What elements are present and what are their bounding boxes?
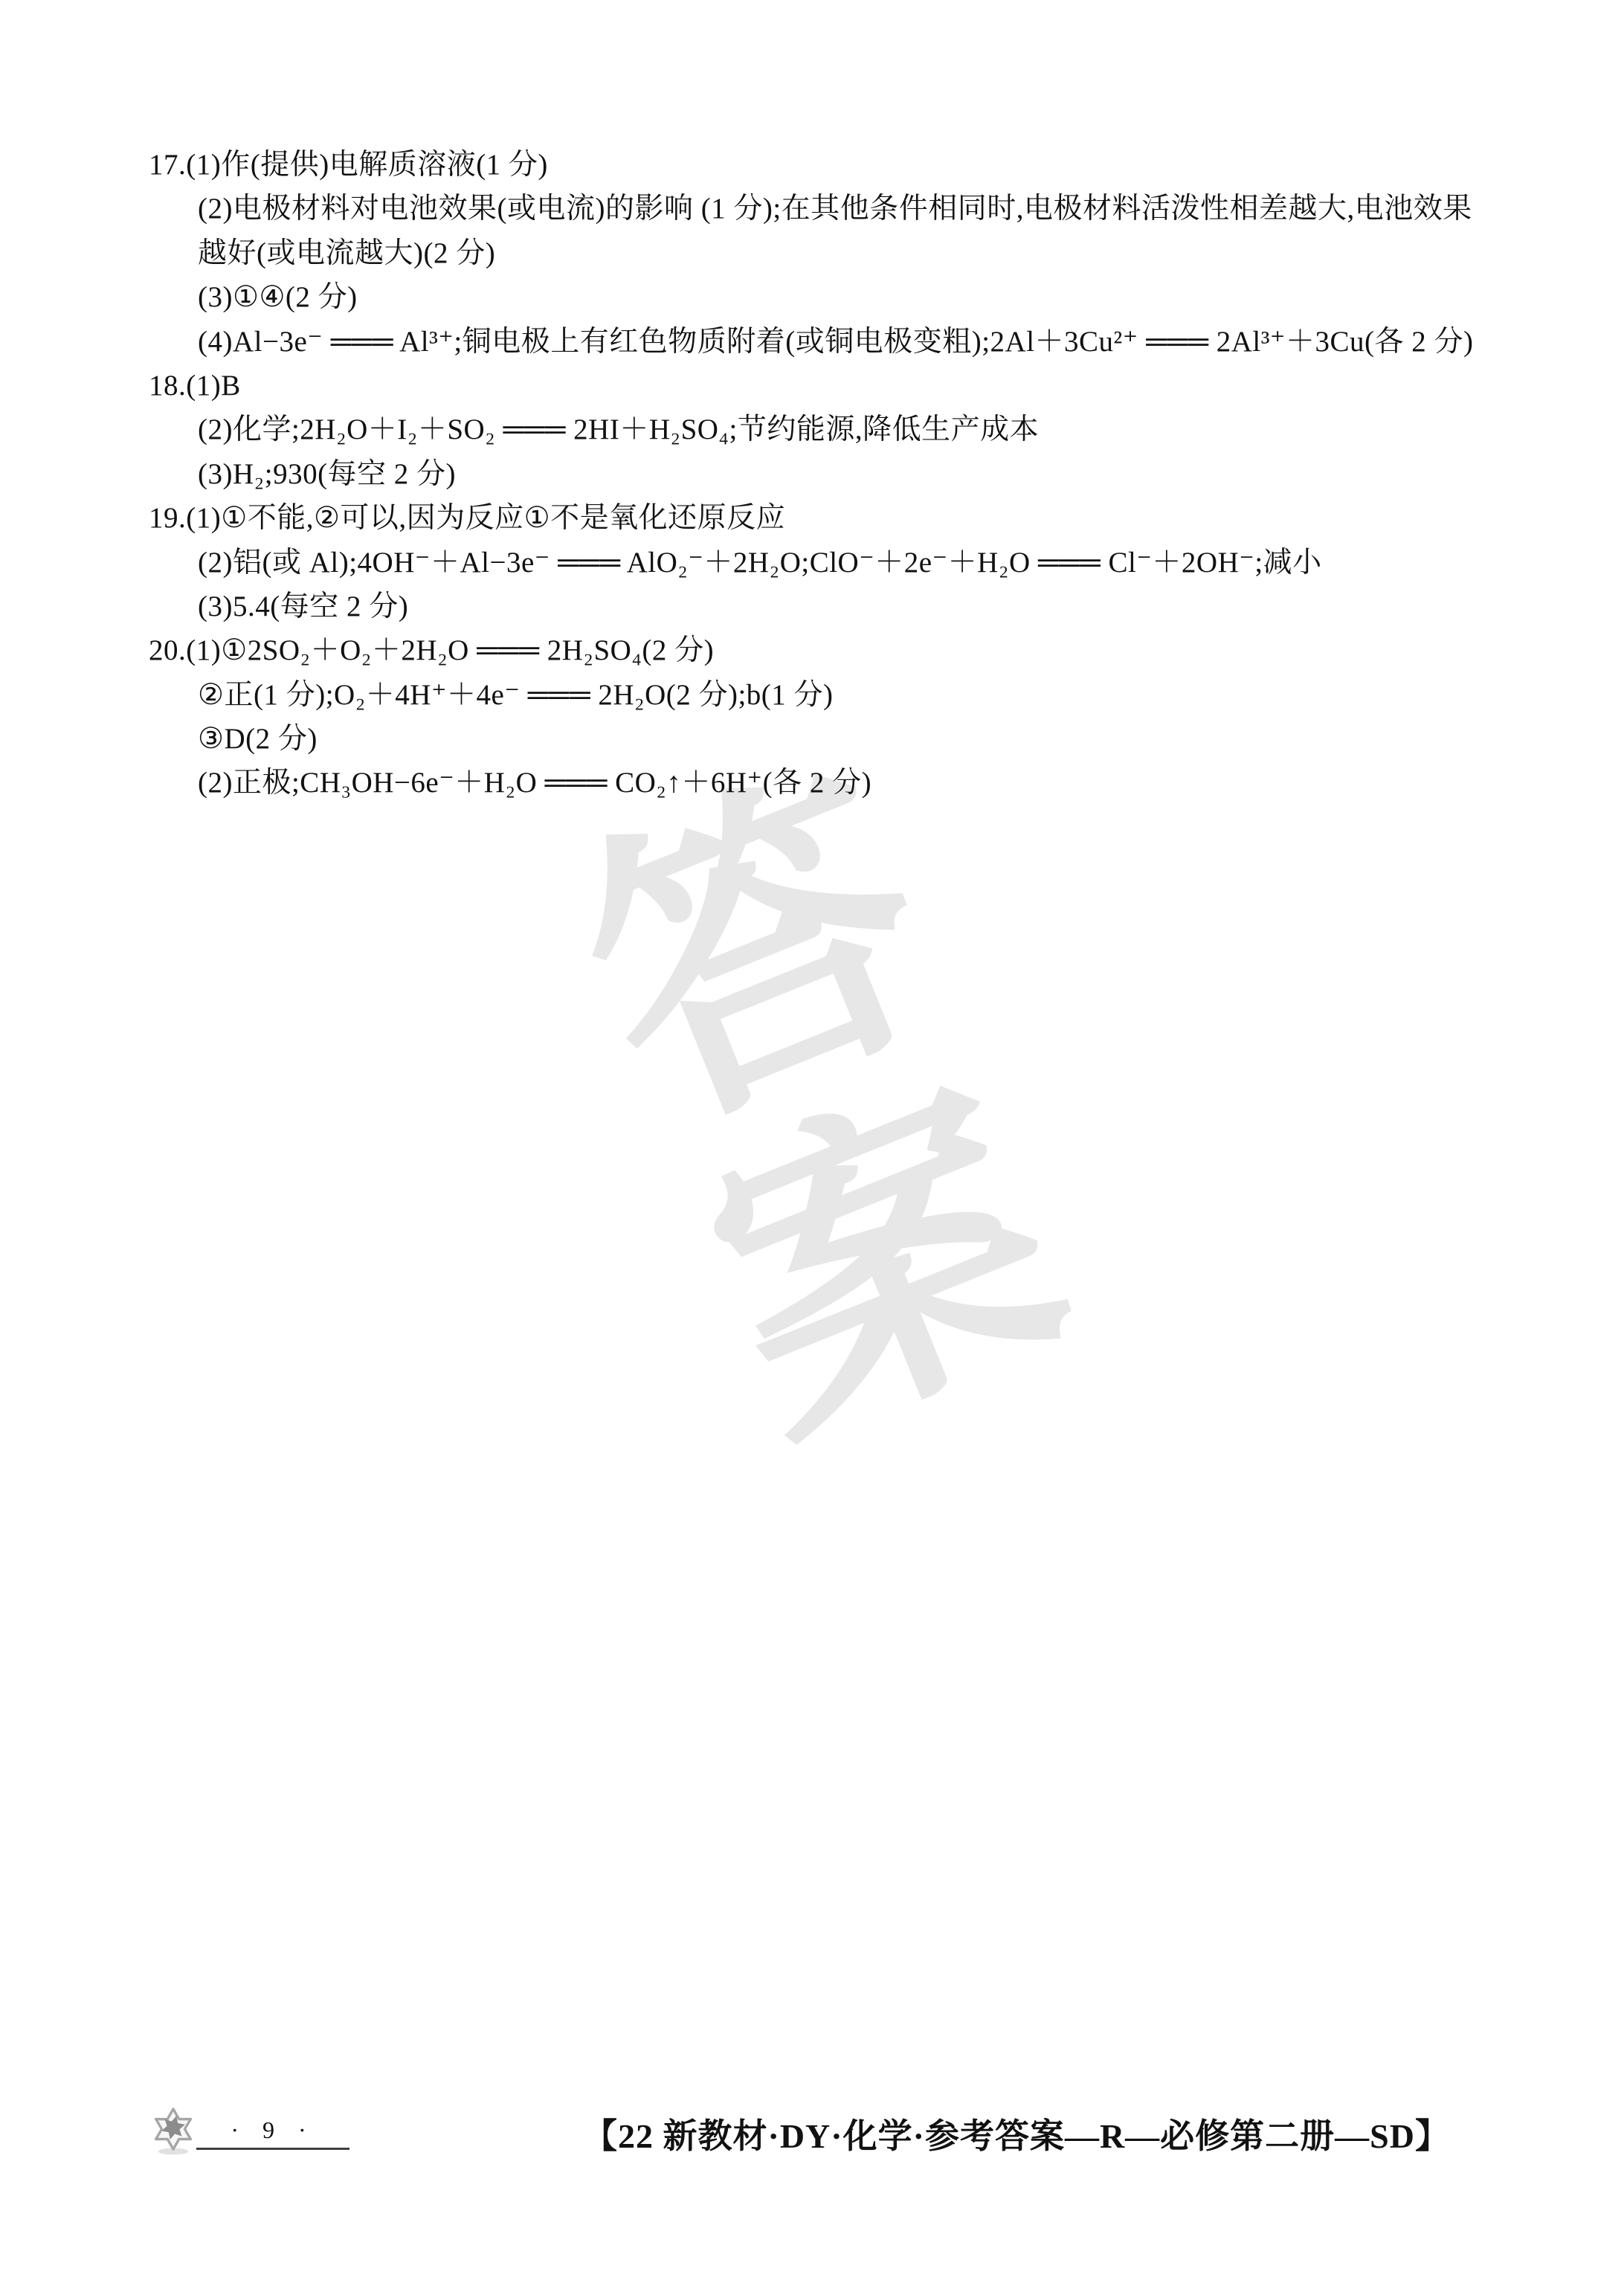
answer-watermark: 答 案 <box>547 735 1097 1482</box>
answer-line-17-2-cont: 越好(或电流越大)(2 分) <box>0 231 1624 275</box>
publisher-starburst-logo-icon <box>152 2105 195 2156</box>
answer-line-20-1: 20.(1)①2SO₂＋O₂＋2H₂O ═══ 2H₂SO₄(2 分) <box>0 628 1624 672</box>
answer-line-19-2: (2)铝(或 Al);4OH⁻＋Al−3e⁻ ═══ AlO₂⁻＋2H₂O;Cl… <box>0 541 1624 585</box>
answer-line-17-1: 17.(1)作(提供)电解质溶液(1 分) <box>0 143 1624 187</box>
page-number-rule <box>196 2148 349 2150</box>
edition-label: 【22 新教材·DY·化学·参考答案—R—必修第二册—SD】 <box>583 2109 1450 2158</box>
answer-line-19-1: 19.(1)①不能,②可以,因为反应①不是氧化还原反应 <box>0 496 1624 540</box>
page-number: · 9 · <box>196 2116 349 2144</box>
answer-line-18-3: (3)H₂;930(每空 2 分) <box>0 452 1624 496</box>
answer-line-18-2: (2)化学;2H₂O＋I₂＋SO₂ ═══ 2HI＋H₂SO₄;节约能源,降低生… <box>0 408 1624 451</box>
answer-line-20-2: (2)正极;CH₃OH−6e⁻＋H₂O ═══ CO₂↑＋6H⁺(各 2 分) <box>0 761 1624 805</box>
answer-line-18-1: 18.(1)B <box>0 364 1624 408</box>
answer-line-17-2: (2)电极材料对电池效果(或电流)的影响 (1 分);在其他条件相同时,电极材料… <box>0 187 1624 231</box>
answer-line-17-3: (3)①④(2 分) <box>0 275 1624 319</box>
answers-block: 17.(1)作(提供)电解质溶液(1 分) (2)电极材料对电池效果(或电流)的… <box>0 0 1624 805</box>
answer-line-19-3: (3)5.4(每空 2 分) <box>0 585 1624 628</box>
answer-line-20-1-3: ③D(2 分) <box>0 717 1624 761</box>
answer-line-17-4: (4)Al−3e⁻ ═══ Al³⁺;铜电极上有红色物质附着(或铜电极变粗);2… <box>0 320 1624 364</box>
answer-line-20-1-2: ②正(1 分);O₂＋4H⁺＋4e⁻ ═══ 2H₂O(2 分);b(1 分) <box>0 673 1624 717</box>
